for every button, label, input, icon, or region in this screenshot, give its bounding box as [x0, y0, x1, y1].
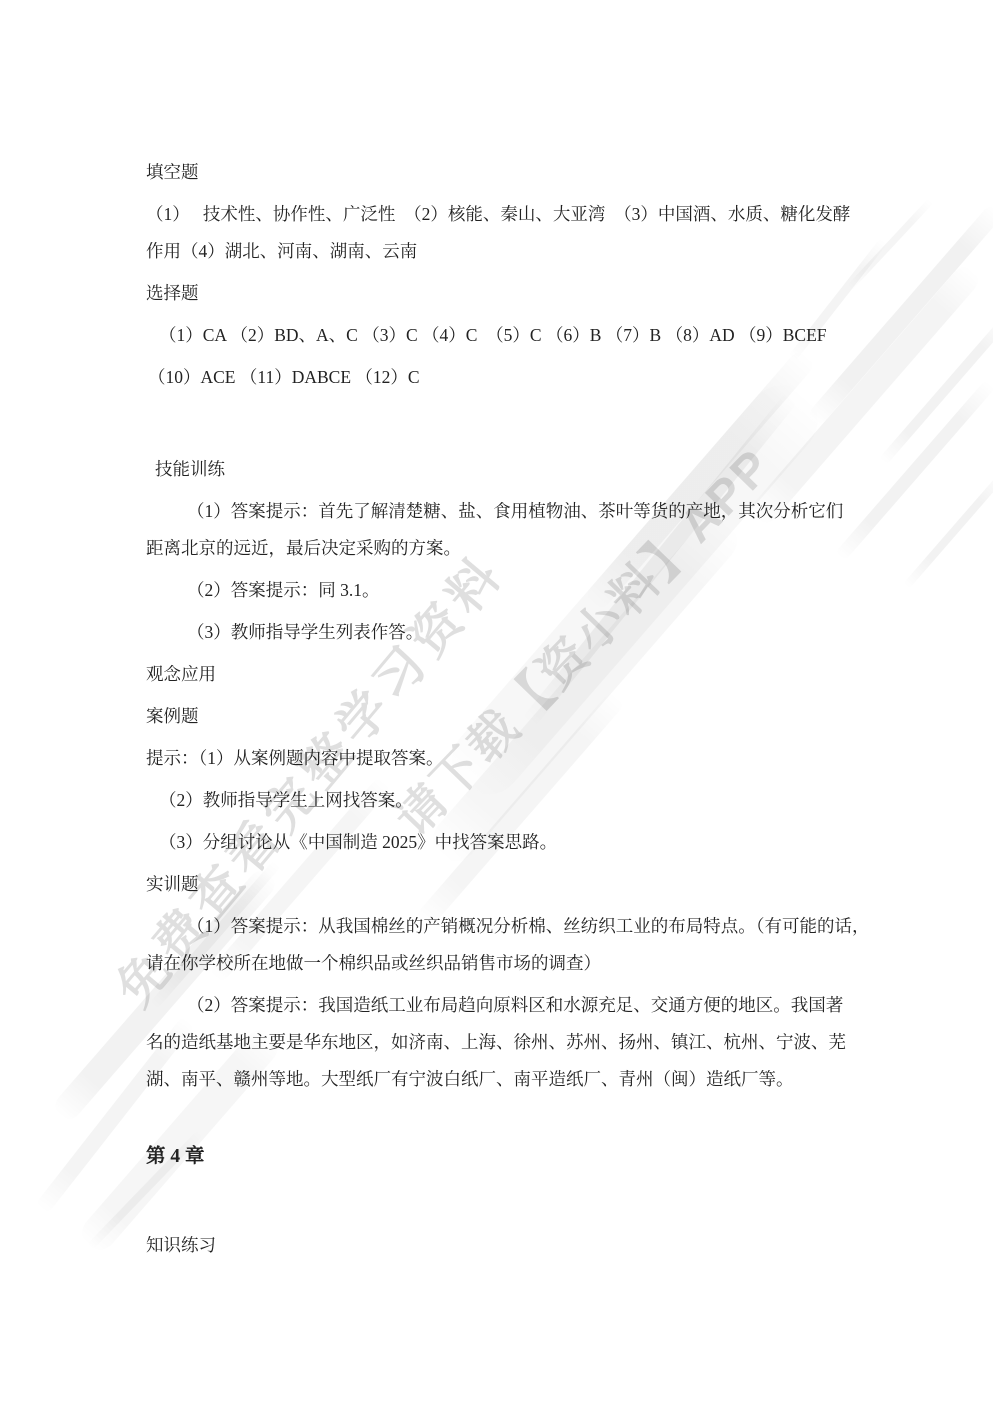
text-line: （3）教师指导学生列表作答。 [146, 614, 993, 651]
text-line: 距离北京的远近，最后决定采购的方案。 [146, 530, 993, 567]
text-line: 填空题 [146, 154, 993, 191]
text-line: （1）答案提示：首先了解清楚糖、盐、食用植物油、茶叶等货的产地，其次分析它们 [146, 493, 993, 530]
text-line: （1） 技术性、协作性、广泛性 （2）核能、秦山、大亚湾 （3）中国酒、水质、糖… [146, 196, 993, 233]
text-line: （2）答案提示：同 3.1。 [146, 572, 993, 609]
text-line: （2）答案提示：我国造纸工业布局趋向原料区和水源充足、交通方便的地区。我国著 [146, 987, 993, 1024]
text-line: 选择题 [146, 275, 993, 312]
text-line: 实训题 [146, 866, 993, 903]
text-line: （2）教师指导学生上网找答案。 [146, 782, 993, 819]
text-line: 技能训练 [146, 451, 993, 488]
text-line: 提示：（1）从案例题内容中提取答案。 [146, 740, 993, 777]
text-line: （1）答案提示：从我国棉丝的产销概况分析棉、丝纺织工业的布局特点。（有可能的话， [146, 908, 993, 945]
text-line: 作用（4）湖北、河南、湖南、云南 [146, 233, 993, 270]
document-body: 填空题（1） 技术性、协作性、广泛性 （2）核能、秦山、大亚湾 （3）中国酒、水… [146, 154, 993, 1264]
text-line: （3）分组讨论从《中国制造 2025》中找答案思路。 [146, 824, 993, 861]
text-line: 请在你学校所在地做一个棉织品或丝织品销售市场的调查） [146, 945, 993, 982]
chapter-heading: 第 4 章 [146, 1138, 993, 1175]
text-line: 湖、南平、赣州等地。大型纸厂有宁波白纸厂、南平造纸厂、青州（闽）造纸厂等。 [146, 1061, 993, 1098]
document-page: 免费查看完整学习资料 请下载【资小料】APP 填空题（1） 技术性、协作性、广泛… [0, 0, 993, 1404]
text-line: （10）ACE （11）DABCE （12）C [146, 359, 993, 396]
text-line: （1）CA （2）BD、A、C （3）C （4）C （5）C （6）B （7）B… [146, 317, 993, 354]
text-line: 案例题 [146, 698, 993, 735]
text-line: 知识练习 [146, 1227, 993, 1264]
text-line: 名的造纸基地主要是华东地区，如济南、上海、徐州、苏州、扬州、镇江、杭州、宁波、芜 [146, 1024, 993, 1061]
text-line: 观念应用 [146, 656, 993, 693]
